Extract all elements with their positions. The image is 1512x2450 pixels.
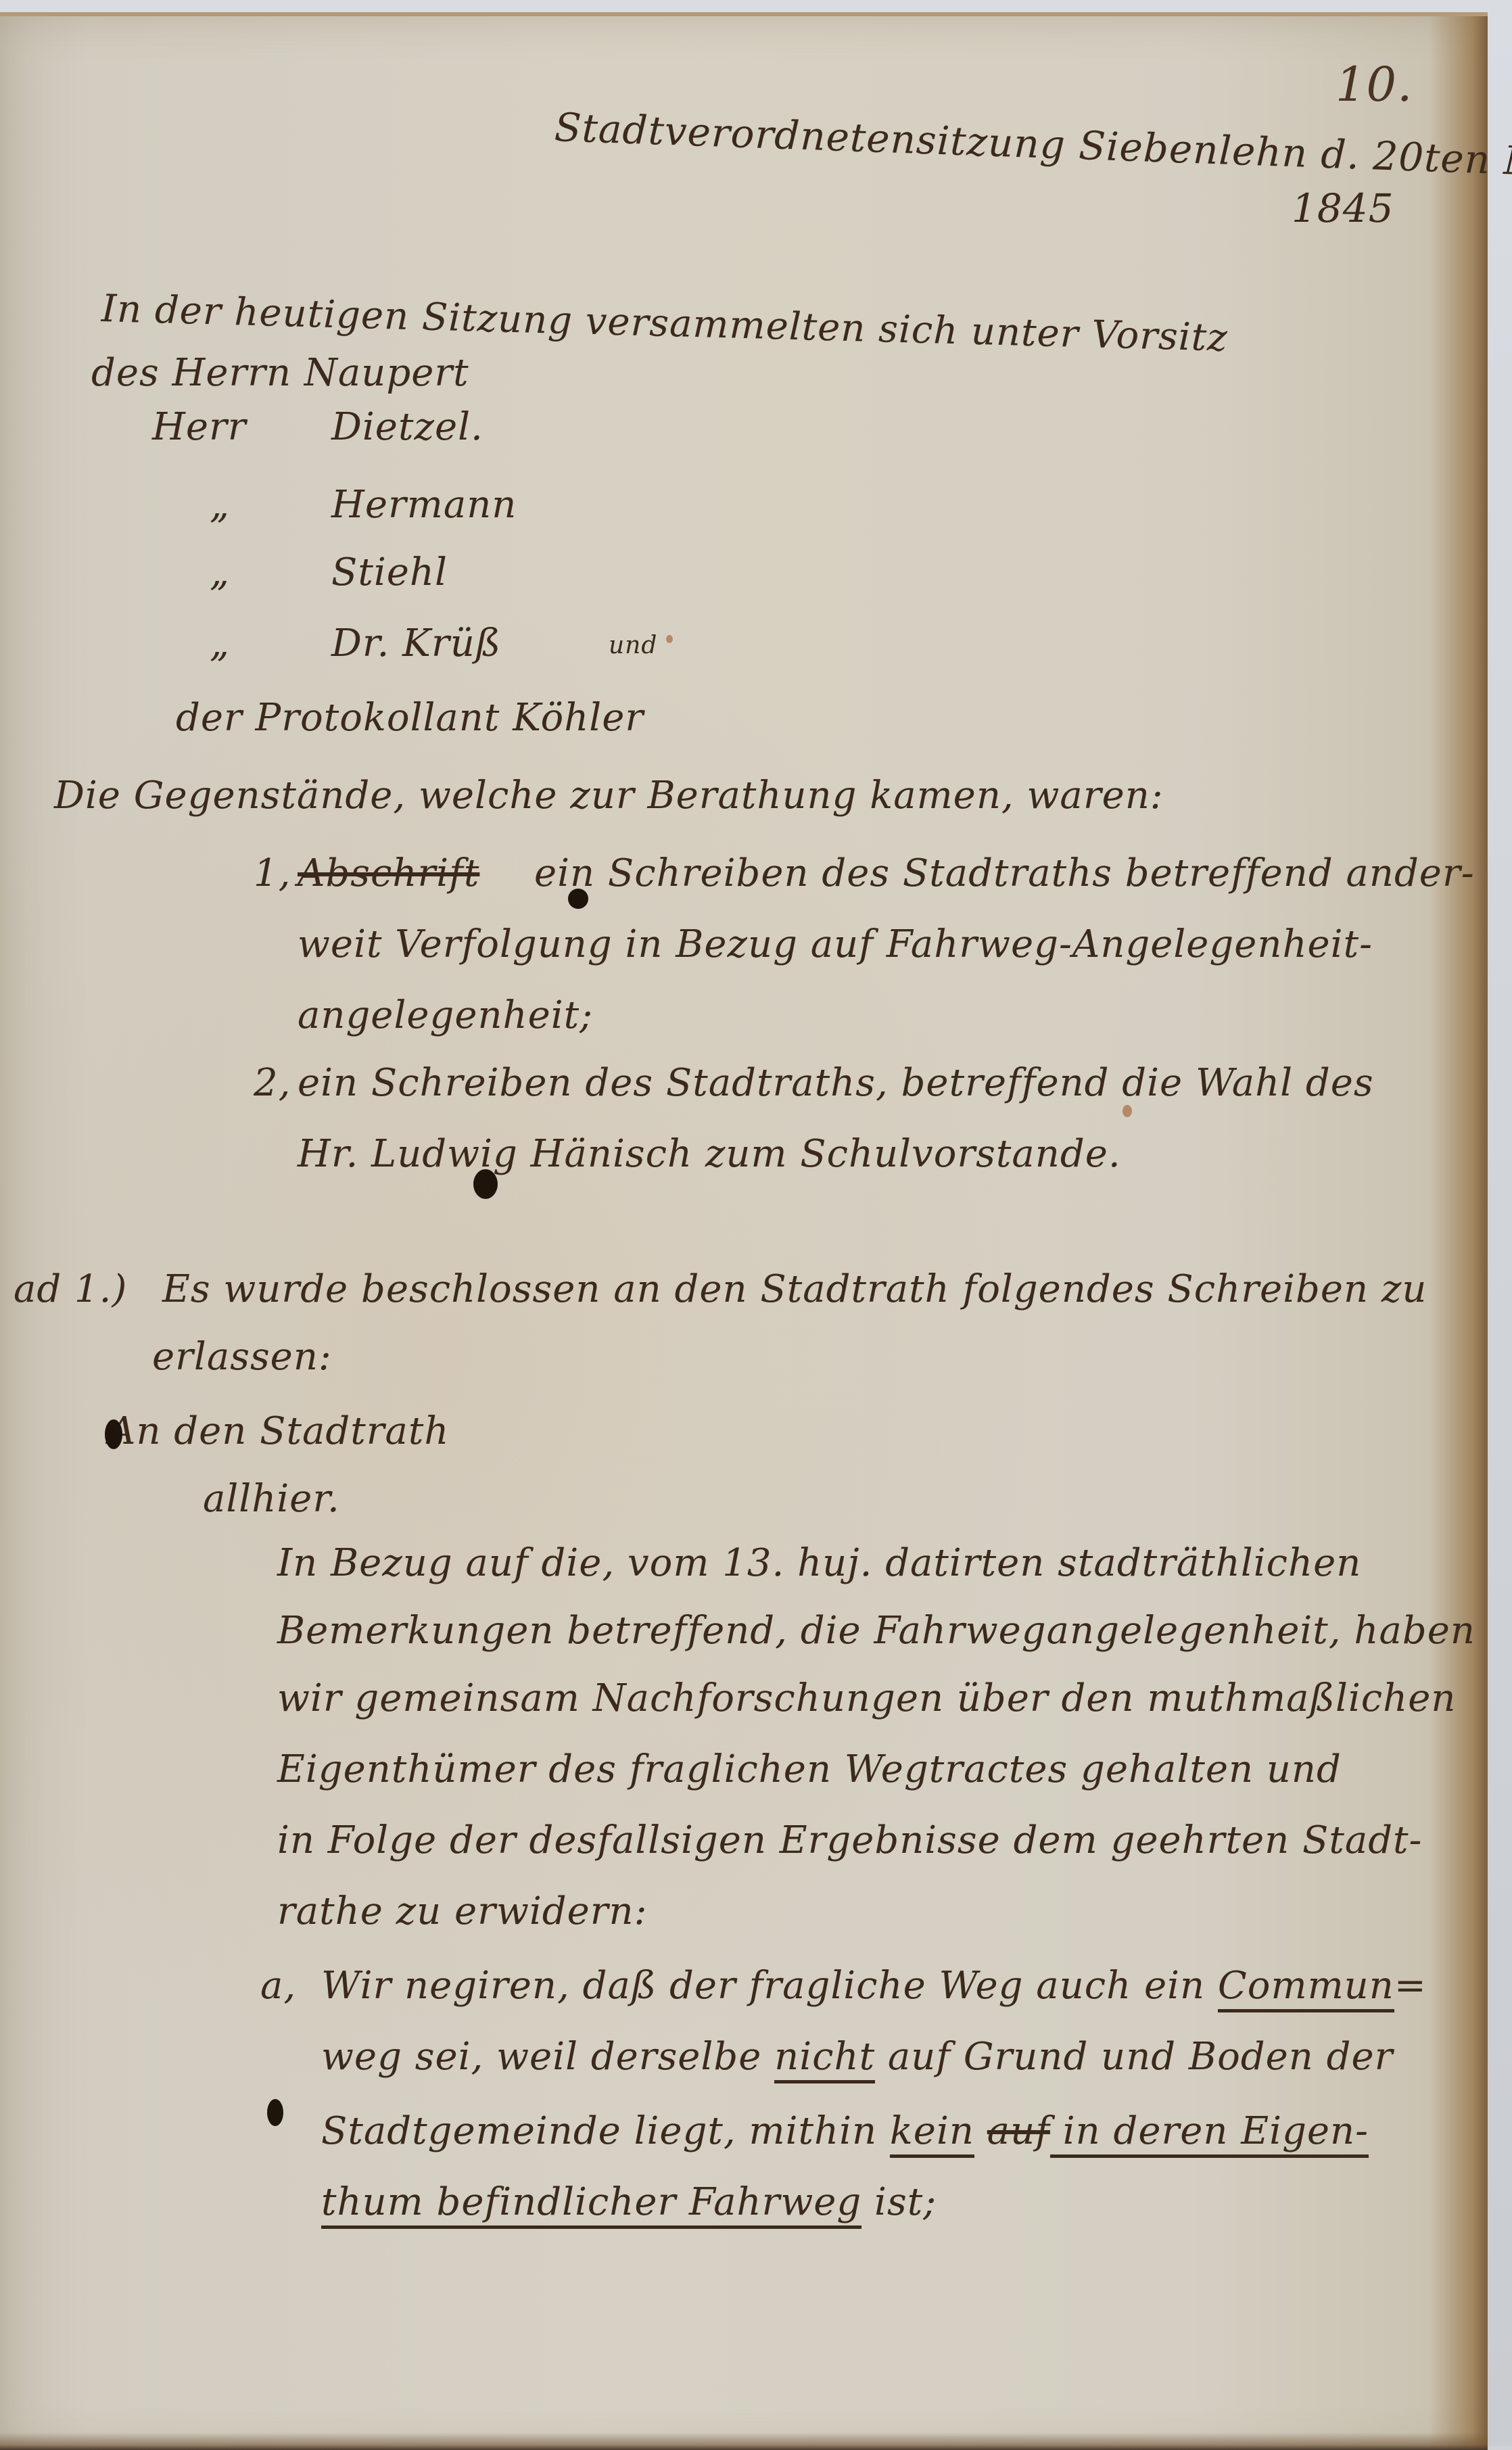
member-prefix-2: „ bbox=[210, 483, 230, 527]
point-a-line-3-text: Stadtgemeinde liegt, mithin bbox=[321, 2109, 890, 2153]
agenda-item-1-line-1: ein Schreiben des Stadtraths betreffend … bbox=[534, 851, 1475, 895]
letter-body-line-5: in Folge der desfallsigen Ergebnisse dem… bbox=[277, 1818, 1422, 1862]
agenda-item-2-line-2: Hr. Ludwig Hänisch zum Schulvorstande. bbox=[298, 1132, 1121, 1176]
member-suffix-4: und bbox=[609, 632, 657, 659]
point-a-line-3-underlined-2: in deren Eigen- bbox=[1050, 2109, 1369, 2158]
point-a-line-1-underlined: Commun bbox=[1218, 1964, 1394, 2012]
agenda-item-1-struck-word: Abschrift bbox=[298, 851, 479, 895]
paper-stain bbox=[666, 635, 673, 643]
letter-body-line-1: In Bezug auf die, vom 13. huj. datirten … bbox=[277, 1541, 1361, 1585]
agenda-intro: Die Gegenstände, welche zur Berathung ka… bbox=[54, 774, 1164, 818]
member-name-3: Stiehl bbox=[331, 550, 448, 594]
session-heading: Stadtverordnetensitzung Siebenlehn d. 20… bbox=[554, 104, 1512, 187]
point-a-line-3: Stadtgemeinde liegt, mithin kein auf in … bbox=[321, 2109, 1369, 2153]
resolution-line-2: erlassen: bbox=[152, 1335, 332, 1379]
letter-body-line-6: rathe zu erwidern: bbox=[277, 1889, 647, 1933]
point-a-line-4: thum befindlicher Fahrweg ist; bbox=[321, 2180, 937, 2224]
member-prefix-4: „ bbox=[210, 621, 230, 665]
attendance-intro-2: des Herrn Naupert bbox=[91, 351, 469, 395]
ink-blot bbox=[267, 2099, 283, 2126]
agenda-item-2-line-1: ein Schreiben des Stadtraths, betreffend… bbox=[298, 1061, 1374, 1105]
member-prefix-1: Herr bbox=[152, 405, 247, 449]
letter-body-line-3: wir gemeinsam Nachforschungen über den m… bbox=[277, 1676, 1456, 1720]
page-number: 10. bbox=[1336, 57, 1413, 112]
point-a-line-2-after: auf Grund und Boden der bbox=[875, 2035, 1393, 2079]
point-a-line-3-underlined: kein bbox=[890, 2109, 974, 2158]
resolution-line-1: Es wurde beschlossen an den Stadtrath fo… bbox=[162, 1267, 1427, 1311]
session-year: 1845 bbox=[1292, 185, 1394, 231]
letter-place: allhier. bbox=[203, 1477, 340, 1521]
agenda-item-1-number: 1, bbox=[254, 851, 291, 895]
point-a-label: a, bbox=[260, 1964, 296, 2008]
point-a-line-2: weg sei, weil derselbe nicht auf Grund u… bbox=[321, 2035, 1393, 2079]
letter-body-line-2: Bemerkungen betreffend, die Fahrwegangel… bbox=[277, 1609, 1475, 1653]
point-a-line-1: Wir negiren, daß der fragliche Weg auch … bbox=[321, 1964, 1427, 2008]
ink-blot bbox=[473, 1169, 498, 1199]
point-a-line-1-text: Wir negiren, daß der fragliche Weg auch … bbox=[321, 1964, 1218, 2008]
agenda-item-1-line-3: angelegenheit; bbox=[298, 993, 593, 1037]
letter-addressee: An den Stadtrath bbox=[108, 1409, 450, 1453]
recorder-line: der Protokollant Köhler bbox=[176, 696, 644, 740]
member-name-1: Dietzel. bbox=[331, 405, 483, 449]
point-a-line-1-after: = bbox=[1394, 1964, 1427, 2008]
letter-body-line-4: Eigenthümer des fraglichen Wegtractes ge… bbox=[277, 1747, 1342, 1791]
ink-blot bbox=[568, 889, 588, 909]
member-prefix-3: „ bbox=[210, 550, 230, 594]
point-a-line-4-after: ist; bbox=[861, 2180, 937, 2224]
point-a-line-2-text: weg sei, weil derselbe bbox=[321, 2035, 774, 2079]
manuscript-page: 10. Stadtverordnetensitzung Siebenlehn d… bbox=[0, 12, 1488, 2446]
point-a-line-4-underlined: thum befindlicher Fahrweg bbox=[321, 2180, 861, 2229]
point-a-line-3-struck: auf bbox=[987, 2109, 1050, 2153]
attendance-intro-1: In der heutigen Sitzung versammelten sic… bbox=[101, 287, 1228, 360]
member-name-4: Dr. Krüß bbox=[331, 621, 501, 665]
ink-blot bbox=[105, 1419, 122, 1449]
resolution-label: ad 1.) bbox=[14, 1267, 127, 1311]
agenda-item-1-line-2: weit Verfolgung in Bezug auf Fahrweg-Ang… bbox=[298, 922, 1373, 966]
paper-stain bbox=[1123, 1105, 1132, 1117]
member-name-2: Hermann bbox=[331, 483, 517, 527]
point-a-line-2-underlined: nicht bbox=[774, 2035, 875, 2083]
agenda-item-2-number: 2, bbox=[254, 1061, 291, 1105]
